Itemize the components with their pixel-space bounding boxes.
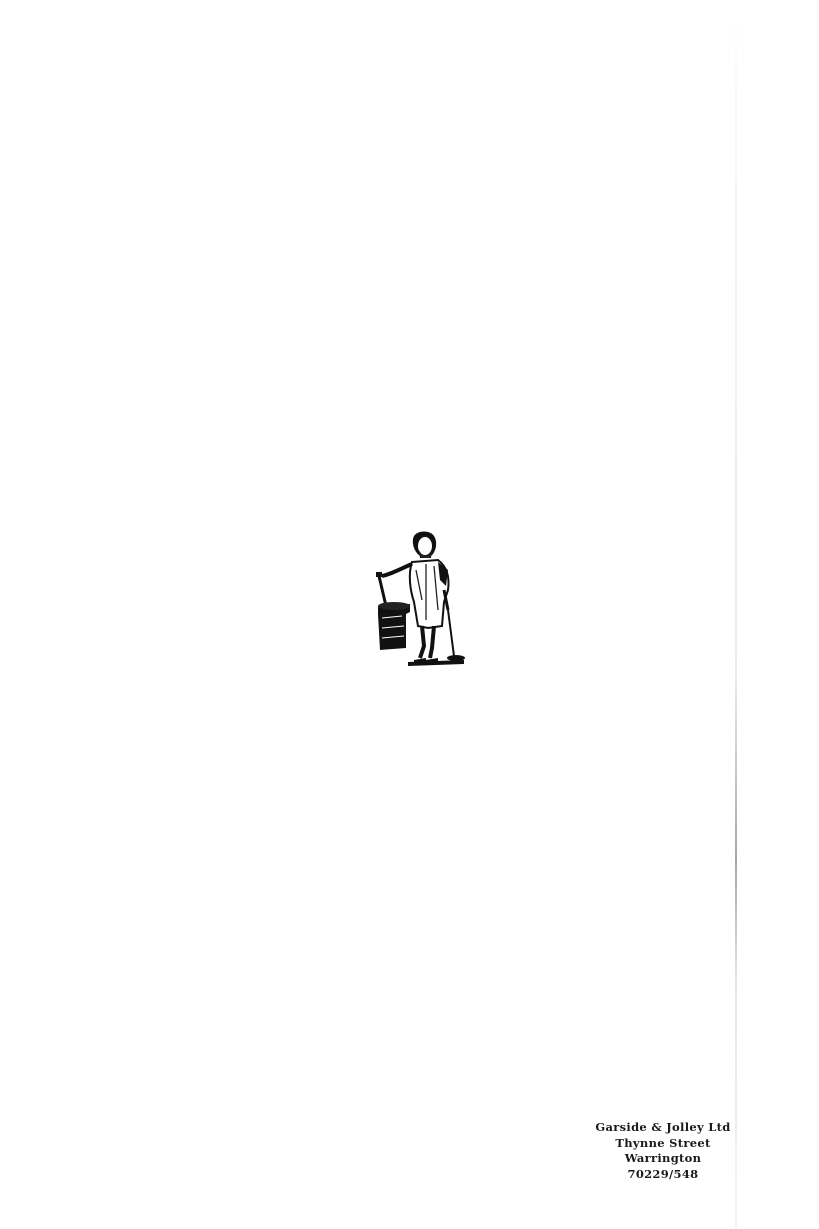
printer-imprint: Garside & Jolley Ltd Thynne Street Warri…	[590, 1120, 736, 1182]
blacksmith-figure-icon	[368, 530, 468, 668]
page-edge-shadow	[735, 0, 737, 1229]
imprint-town: Warrington	[590, 1151, 736, 1167]
imprint-company: Garside & Jolley Ltd	[590, 1120, 736, 1136]
printer-emblem	[368, 530, 468, 668]
imprint-street: Thynne Street	[590, 1136, 736, 1152]
imprint-job-number: 70229/548	[590, 1167, 736, 1183]
